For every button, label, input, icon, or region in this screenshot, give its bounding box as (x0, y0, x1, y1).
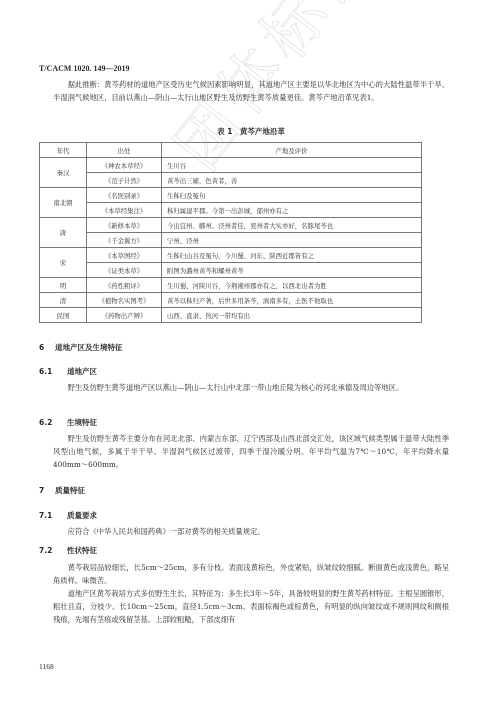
table-row: 《范子计然》 黄芩出三辅，色黄者，善 (40, 173, 422, 188)
table-row: 南北朝 《名医别录》 生秭归及冤句 (40, 188, 422, 203)
source-cell: 《本草经集注》 (87, 203, 162, 218)
era-cell: 明 (40, 278, 87, 293)
description-cell: 生秭归及冤句 (162, 188, 422, 203)
table-row: 明 《药性粗评》 生川蜀、河陕川谷，今荆湘州郡亦有之，以西北出者为胜 (40, 278, 422, 293)
section-title: 性状特征 (67, 546, 97, 555)
description-cell: 今出宜州、鄜州、泾州者佳，兖州者大实亦好，名豚尾芩也 (162, 218, 422, 233)
table-title: 表 1 黄芩产地沿革 (53, 126, 449, 137)
source-cell: 《神农本草经》 (87, 158, 162, 173)
era-cell: 清 (40, 293, 87, 308)
source-cell: 《植物名实图考》 (87, 293, 162, 308)
table-row: 《千金翼方》 宁州、泾州 (40, 233, 422, 248)
source-cell: 《药性粗评》 (87, 278, 162, 293)
source-cell: 《范子计然》 (87, 173, 162, 188)
table-row: 清 《植物名实图考》 黄芩以秭归产著，后世多用条芩，滇南多有，土医不他取也 (40, 293, 422, 308)
description-cell: 黄芩出三辅，色黄者，善 (162, 173, 422, 188)
era-cell: 唐 (40, 218, 87, 248)
source-cell: 《本草图经》 (87, 248, 162, 263)
source-cell: 《千金翼方》 (87, 233, 162, 248)
era-cell: 秦汉 (40, 158, 87, 188)
section-title: 道地产区及生境特征 (55, 343, 123, 352)
header-era: 年代 (40, 143, 87, 158)
origin-history-table: 年代 出处 产地及评价 秦汉 《神农本草经》 生川谷 《范子计然》 黄芩出三辅，… (39, 142, 422, 323)
description-cell: 生川谷 (162, 158, 422, 173)
section-title: 生境特征 (67, 418, 97, 427)
table-row: 《证类本草》 附图为潞州黄芩和耀州黄芩 (40, 263, 422, 278)
section-title: 质量特征 (55, 486, 85, 495)
standard-code: T/CACM 1020. 149—2019 (39, 64, 129, 73)
era-cell: 宋 (40, 248, 87, 278)
description-cell: 生川蜀、河陕川谷，今荆湘州郡亦有之，以西北出者为胜 (162, 278, 422, 293)
description-cell: 山西、直隶、热河一带均有出 (162, 308, 422, 323)
section-number: 6.2 (39, 418, 67, 427)
intro-paragraph: 据此推断：黄芩药材的道地产区受历史气候因素影响明显，其道地产区主要是以华北地区为… (53, 78, 449, 104)
table-row: 秦汉 《神农本草经》 生川谷 (40, 158, 422, 173)
section-6-heading: 6道地产区及生境特征 (39, 342, 123, 353)
section-7-2-text-2: 道地产区黄芩栽培方式多仿野生生长，其特征为：多生长3年～5年，具备较明显的野生黄… (53, 587, 449, 626)
table-header-row: 年代 出处 产地及评价 (40, 143, 422, 158)
section-number: 6.1 (39, 367, 67, 376)
section-number: 7 (39, 486, 55, 495)
page-number: 1168 (39, 662, 54, 671)
section-number: 7.2 (39, 546, 67, 555)
section-number: 6 (39, 343, 55, 352)
era-cell: 民国 (40, 308, 87, 323)
section-7-1-text: 应符合《中华人民共和国药典》一部对黄芩的相关质量规定。 (53, 525, 449, 538)
description-cell: 附图为潞州黄芩和耀州黄芩 (162, 263, 422, 278)
source-cell: 《证类本草》 (87, 263, 162, 278)
table-row: 《本草经集注》 秭归属建平郡。今第一出彭城，郁州亦有之 (40, 203, 422, 218)
description-cell: 生秭归山谷及冤句，今川蜀、河东、陕西近郡皆有之 (162, 248, 422, 263)
section-7-1-heading: 7.1质量要求 (39, 510, 97, 521)
section-6-2-heading: 6.2生境特征 (39, 417, 97, 428)
description-cell: 黄芩以秭归产著，后世多用条芩，滇南多有，土医不他取也 (162, 293, 422, 308)
source-cell: 《药物出产辨》 (87, 308, 162, 323)
table-row: 民国 《药物出产辨》 山西、直隶、热河一带均有出 (40, 308, 422, 323)
table-row: 宋 《本草图经》 生秭归山谷及冤句，今川蜀、河东、陕西近郡皆有之 (40, 248, 422, 263)
description-cell: 宁州、泾州 (162, 233, 422, 248)
section-7-2-text-1: 黄芩栽培品较细长，长5cm～25cm，多有分枝。表面浅黄棕色，外皮紧贴，纵皱纹较… (53, 561, 449, 587)
source-cell: 《名医别录》 (87, 188, 162, 203)
section-7-2-heading: 7.2性状特征 (39, 545, 97, 556)
section-title: 质量要求 (67, 511, 97, 520)
section-7-heading: 7质量特征 (39, 485, 85, 496)
section-6-1-text: 野生及仿野生黄芩道地产区以燕山—阴山—太行山中北部一带山地丘陵为核心的河北承德及… (53, 381, 449, 394)
section-6-2-text: 野生及仿野生黄芩主要分布在河北北部、内蒙古东部、辽宁西部及山西北部交汇处，该区域… (53, 432, 449, 471)
description-cell: 秭归属建平郡。今第一出彭城，郁州亦有之 (162, 203, 422, 218)
table-row: 唐 《新修本草》 今出宜州、鄜州、泾州者佳，兖州者大实亦好，名豚尾芩也 (40, 218, 422, 233)
section-number: 7.1 (39, 511, 67, 520)
era-cell: 南北朝 (40, 188, 87, 218)
section-title: 道地产区 (67, 367, 97, 376)
section-6-1-heading: 6.1道地产区 (39, 366, 97, 377)
source-cell: 《新修本草》 (87, 218, 162, 233)
header-source: 出处 (87, 143, 162, 158)
header-description: 产地及评价 (162, 143, 422, 158)
